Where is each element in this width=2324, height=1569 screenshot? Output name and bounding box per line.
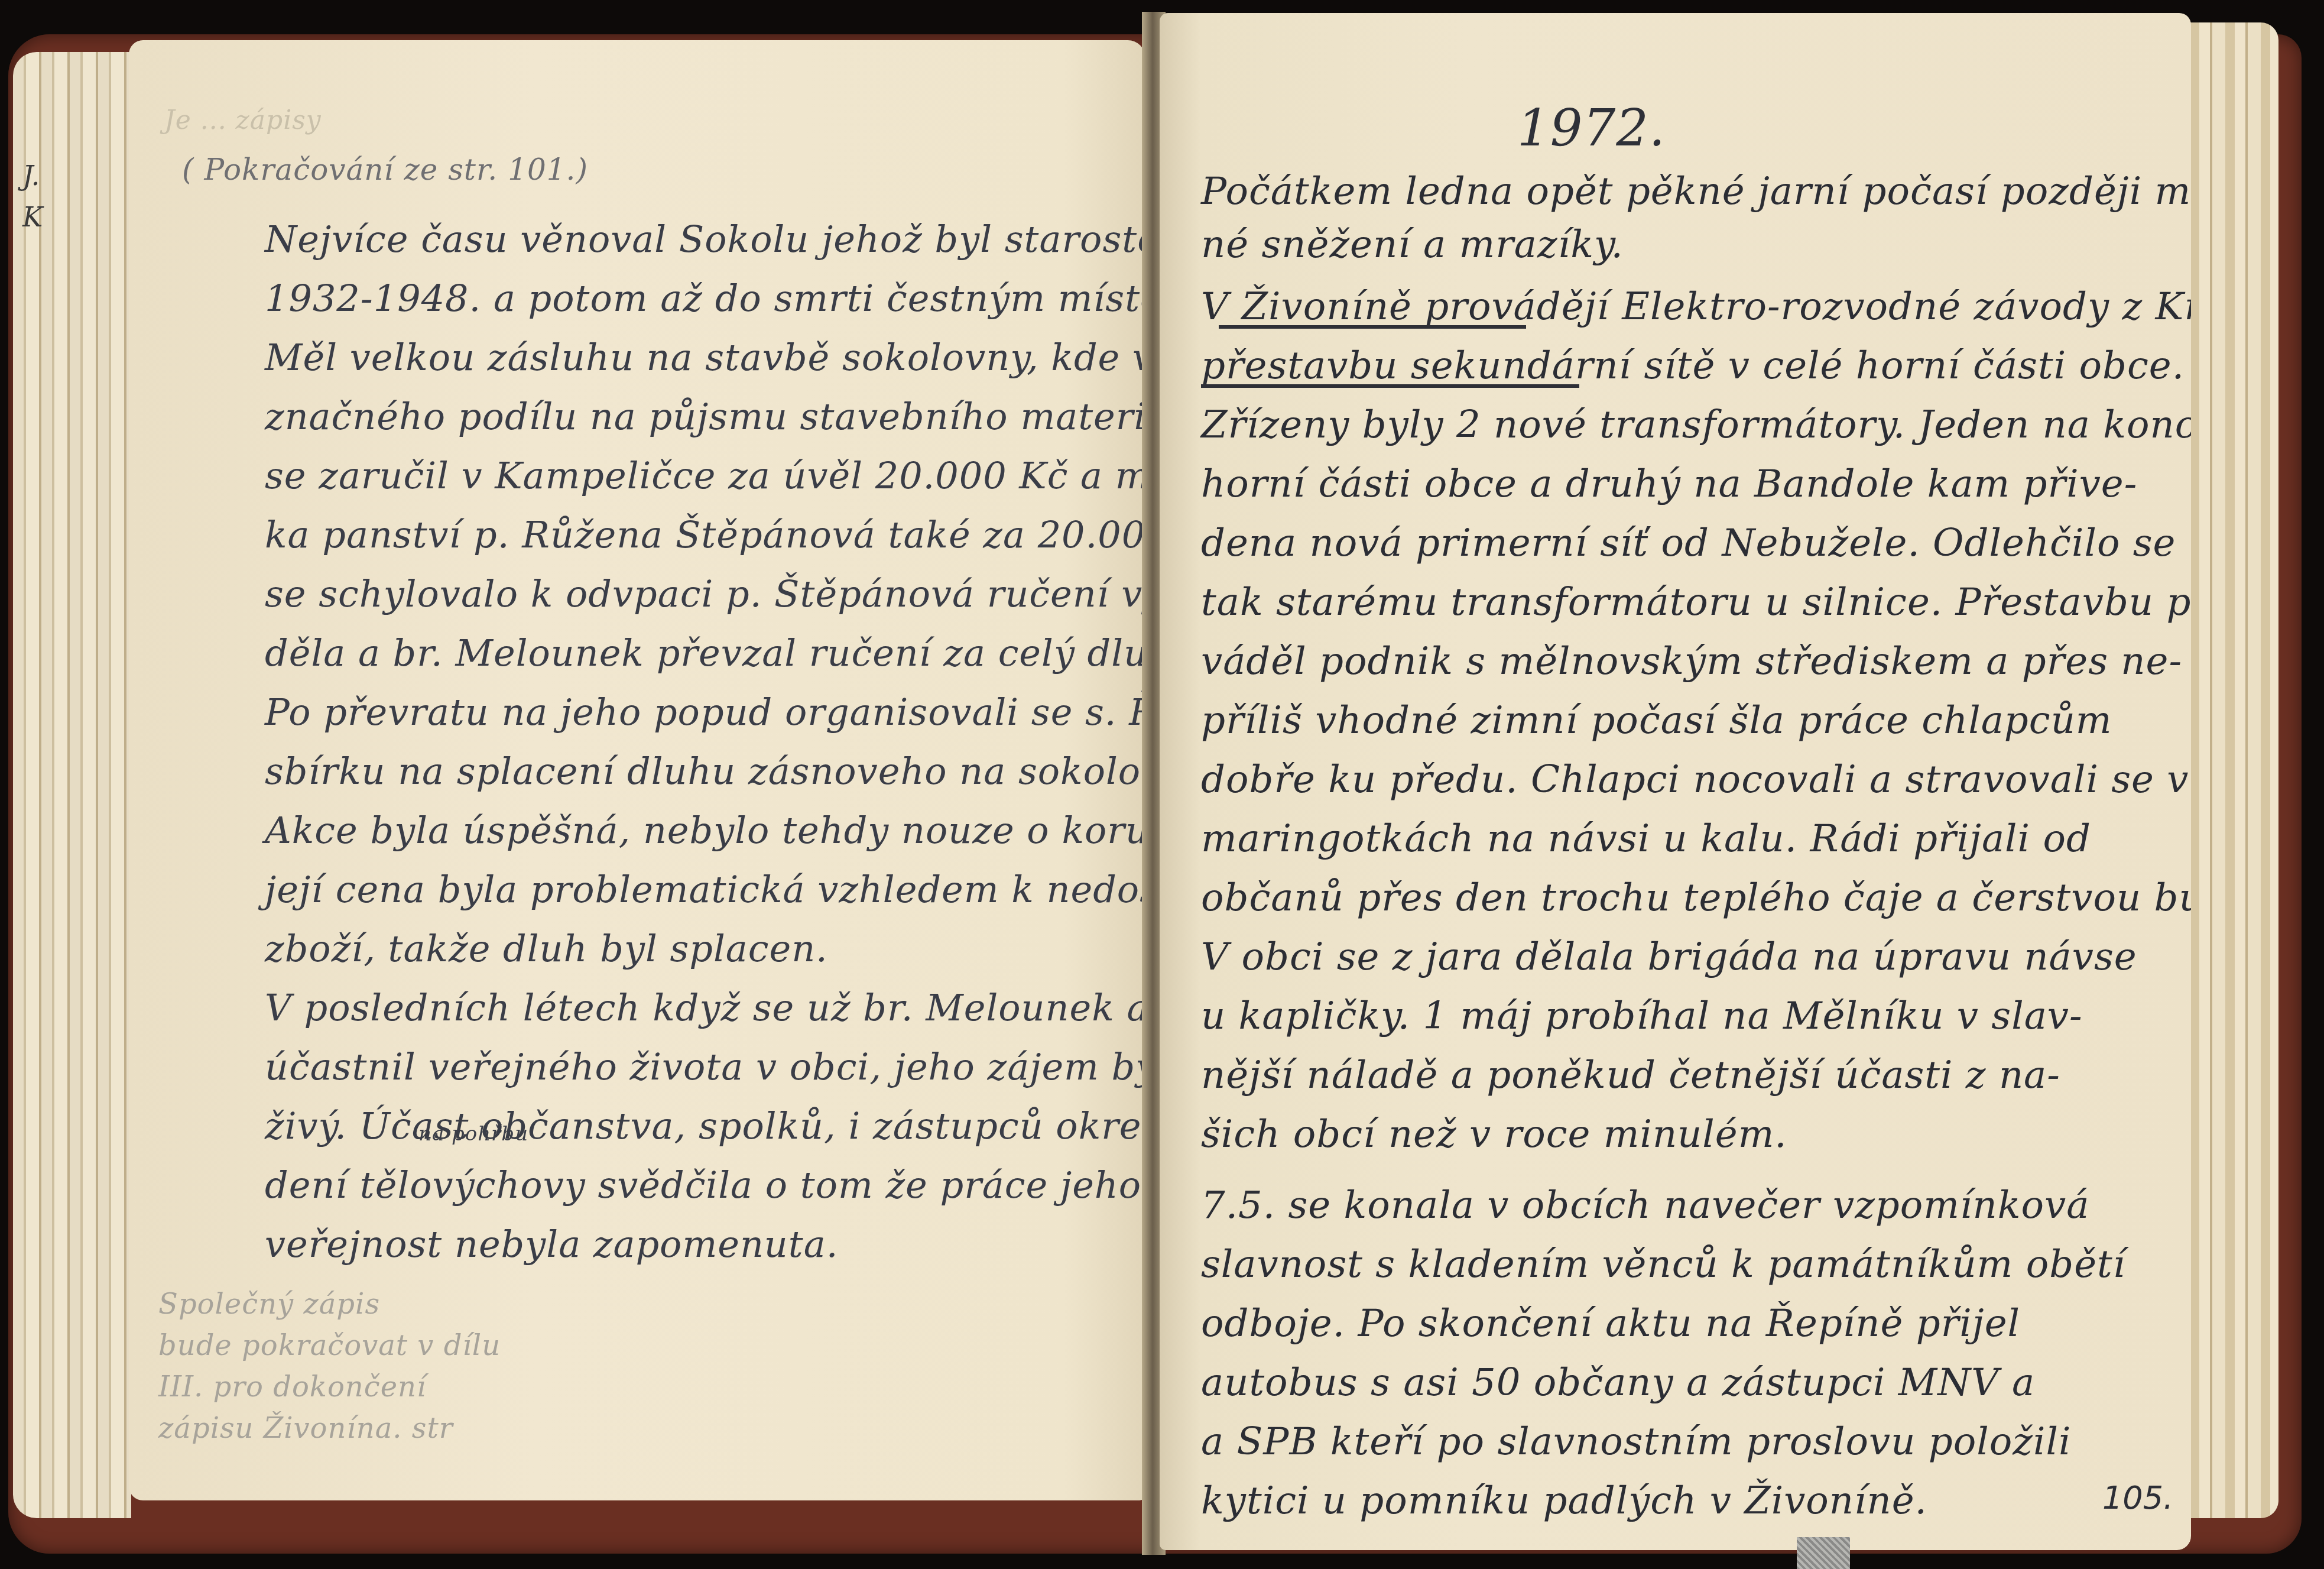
text-line: Počátkem ledna opět pěkné jarní počasí p…: [1201, 170, 2191, 213]
year-heading: 1972.: [1517, 99, 1666, 158]
text-line: účastnil veřejného života v obci, jeho z…: [265, 1045, 1145, 1088]
text-line: kytici u pomníku padlých v Živoníně.: [1201, 1479, 1927, 1523]
page-number-right: 105.: [2102, 1479, 2173, 1516]
text-line: se zaručil v Kampeličce za úvěl 20.000 K…: [265, 454, 1145, 497]
margin-mark: K: [22, 201, 43, 233]
text-line: se schylovalo k odvpaci p. Štěpánová ruč…: [265, 572, 1145, 615]
left-page: Je ... zápisy ( Pokračování ze str. 101.…: [129, 40, 1145, 1500]
underline-mark: [1201, 384, 1579, 388]
text-line: její cena byla problematická vzhledem k …: [265, 868, 1145, 911]
text-line: 1932-1948. a potom až do smrti čestným m…: [265, 277, 1145, 320]
text-line: živý. Účast občanstva, spolků, i zástupc…: [265, 1104, 1145, 1147]
underline-mark: [1219, 325, 1526, 329]
text-line: nější náladě a poněkud četnější účasti z…: [1201, 1053, 2060, 1097]
text-line: né sněžení a mrazíky.: [1201, 223, 1624, 267]
text-line: V obci se z jara dělala brigáda na úprav…: [1201, 935, 2137, 979]
text-line: Zřízeny byly 2 nové transformátory. Jede…: [1201, 403, 2191, 447]
text-line: občanů přes den trochu teplého čaje a če…: [1201, 876, 2191, 920]
right-page: 1972. Počátkem ledna opět pěkné jarní po…: [1160, 13, 2191, 1550]
text-line: 7.5. se konala v obcích navečer vzpomínk…: [1201, 1184, 2089, 1227]
pencil-note-line: III. pro dokončení: [158, 1370, 426, 1403]
text-line: děla a br. Melounek převzal ručení za ce…: [265, 631, 1145, 675]
text-line: dobře ku předu. Chlapci nocovali a strav…: [1201, 758, 2189, 802]
pencil-note-line: Společný zápis: [158, 1288, 380, 1321]
erased-heading: Je ... zápisy: [164, 105, 322, 135]
text-line: autobus s asi 50 občany a zástupci MNV a: [1201, 1361, 2035, 1405]
text-line: dena nová primerní síť od Nebužele. Odle…: [1201, 521, 2176, 565]
page-edges-right: [2190, 22, 2278, 1518]
text-line: slavnost s kladením věnců k památníkům o…: [1201, 1243, 2125, 1286]
page-edges-left: [13, 52, 131, 1518]
text-line: dení tělovýchovy svědčila o tom že práce…: [265, 1163, 1145, 1207]
text-line: sbírku na splacení dluhu zásnoveho na so…: [265, 750, 1145, 793]
continuation-note: ( Pokračování ze str. 101.): [182, 153, 588, 187]
interlinear-insertion: na pohřbu: [418, 1122, 528, 1146]
text-line: Měl velkou zásluhu na stavbě sokolovny, …: [265, 336, 1145, 379]
text-line: značného podílu na půjsmu stavebního mat…: [265, 395, 1145, 438]
text-line: zboží, takže dluh byl splacen.: [265, 927, 828, 970]
margin-mark: J.: [22, 160, 40, 192]
text-line: horní části obce a druhý na Bandole kam …: [1201, 462, 2137, 506]
text-line: tak starému transformátoru u silnice. Př…: [1201, 581, 2191, 624]
text-line: šich obcí než v roce minulém.: [1201, 1113, 1787, 1156]
text-line: váděl podnik s mělnovským střediskem a p…: [1201, 640, 2182, 683]
text-line: přestavbu sekundární sítě v celé horní č…: [1201, 344, 2185, 388]
pencil-note-line: zápisu Živonína. str: [158, 1412, 453, 1445]
text-line: příliš vhodné zimní počasí šla práce chl…: [1201, 699, 2112, 743]
text-line: odboje. Po skončení aktu na Řepíně přije…: [1201, 1302, 2020, 1346]
text-line: V Živoníně provádějí Elektro-rozvodné zá…: [1201, 285, 2191, 329]
text-line: veřejnost nebyla zapomenuta.: [265, 1223, 838, 1266]
text-line: Akce byla úspěšná, nebylo tehdy nouze o …: [265, 809, 1145, 852]
text-line: u kapličky. 1 máj probíhal na Mělníku v …: [1201, 994, 2083, 1038]
text-line: maringotkách na návsi u kalu. Rádi přija…: [1201, 817, 2091, 861]
pencil-note-line: bude pokračovat v dílu: [158, 1329, 501, 1362]
text-line: V posledních létech když se už br. Melou…: [265, 986, 1145, 1029]
text-line: Po převratu na jeho popud organisovali s…: [265, 691, 1145, 734]
text-line: ka panství p. Růžena Štěpánová také za 2…: [265, 513, 1145, 556]
text-line: Nejvíce času věnoval Sokolu jehož byl st…: [265, 218, 1145, 261]
text-line: a SPB kteří po slavnostním proslovu polo…: [1201, 1420, 2071, 1464]
page-number-left: 104.: [167, 1495, 238, 1500]
bookmark-ribbon: [1797, 1537, 1850, 1569]
